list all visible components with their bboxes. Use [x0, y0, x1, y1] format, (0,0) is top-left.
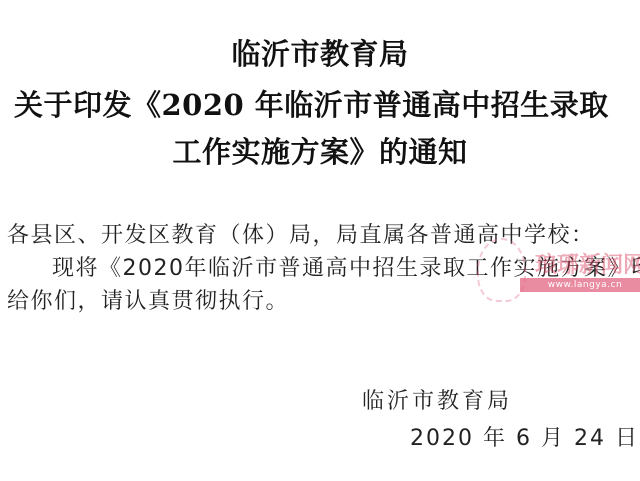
signature-date: 2020 年 6 月 24 日: [410, 421, 639, 452]
body-paragraph-line-2: 给你们，请认真贯彻执行。: [7, 284, 289, 315]
salutation: 各县区、开发区教育（体）局，局直属各普通高中学校：: [7, 218, 595, 249]
document-issuer-heading: 临沂市教育局: [0, 32, 640, 73]
document-title-line-1: 关于印发《2020 年临沂市普通高中招生录取: [14, 83, 640, 124]
signature-issuer: 临沂市教育局: [362, 384, 512, 415]
body-paragraph-line-1: 现将《2020年临沂市普通高中招生录取工作实施方案》印发: [52, 251, 640, 282]
document-title-line-2: 工作实施方案》的通知: [0, 130, 640, 171]
